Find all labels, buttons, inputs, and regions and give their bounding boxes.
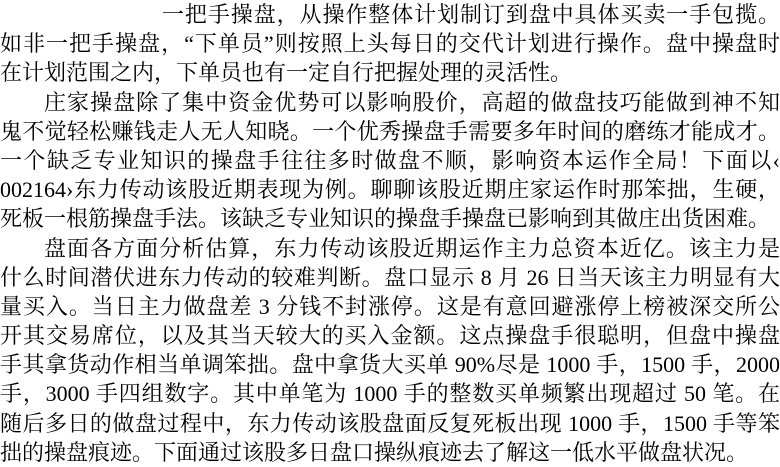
text-line: 一个缺乏专业知识的操盘手往往多时做盘不顺，影响资本运作全局！下面以‹ xyxy=(0,146,780,175)
text-line: 手其拿货动作相当单调笨拙。盘中拿货大买单 90%尽是 1000 手，1500 手… xyxy=(0,350,780,379)
text-line: 死板一根筋操盘手法。该缺乏专业知识的操盘手操盘已影响到其做庄出货困难。 xyxy=(0,204,780,233)
text-line: 量买入。当日主力做盘差 3 分钱不封涨停。这是有意回避涨停上榜被深交所公 xyxy=(0,292,780,321)
text-line: 一把手操盘，从操作整体计划制订到盘中具体买卖一手包揽。 xyxy=(0,0,780,29)
text-line: 什么时间潜伏进东力传动的较难判断。盘口显示 8 月 26 日当天该主力明显有大 xyxy=(0,263,780,292)
document-page: 一把手操盘，从操作整体计划制订到盘中具体买卖一手包揽。 如非一把手操盘，“下单员… xyxy=(0,0,780,467)
text-line: 鬼不觉轻松赚钱走人无人知晓。一个优秀操盘手需要多年时间的磨练才能成才。 xyxy=(0,117,780,146)
text-line: 002164›东力传动该股近期表现为例。聊聊该股近期庄家运作时那笨拙，生硬， xyxy=(0,175,780,204)
text-line: 随后多日的做盘过程中，东力传动该股盘面反复死板出现 1000 手，1500 手等… xyxy=(0,409,780,438)
text-line: 手，3000 手四组数字。其中单笔为 1000 手的整数买单频繁出现超过 50 … xyxy=(0,379,780,408)
text-line: 在计划范围之内，下单员也有一定自行把握处理的灵活性。 xyxy=(0,58,780,87)
text-line: 开其交易席位，以及其当天较大的买入金额。这点操盘手很聪明，但盘中操盘 xyxy=(0,321,780,350)
text-line: 拙的操盘痕迹。下面通过该股多日盘口操纵痕迹去了解这一低水平做盘状况。 xyxy=(0,438,780,467)
text-line: 盘面各方面分析估算，东力传动该股近期运作主力总资本近亿。该主力是 xyxy=(0,234,780,263)
text-line: 庄家操盘除了集中资金优势可以影响股价，高超的做盘技巧能做到神不知 xyxy=(0,88,780,117)
text-line: 如非一把手操盘，“下单员”则按照上头每日的交代计划进行操作。盘中操盘时 xyxy=(0,29,780,58)
